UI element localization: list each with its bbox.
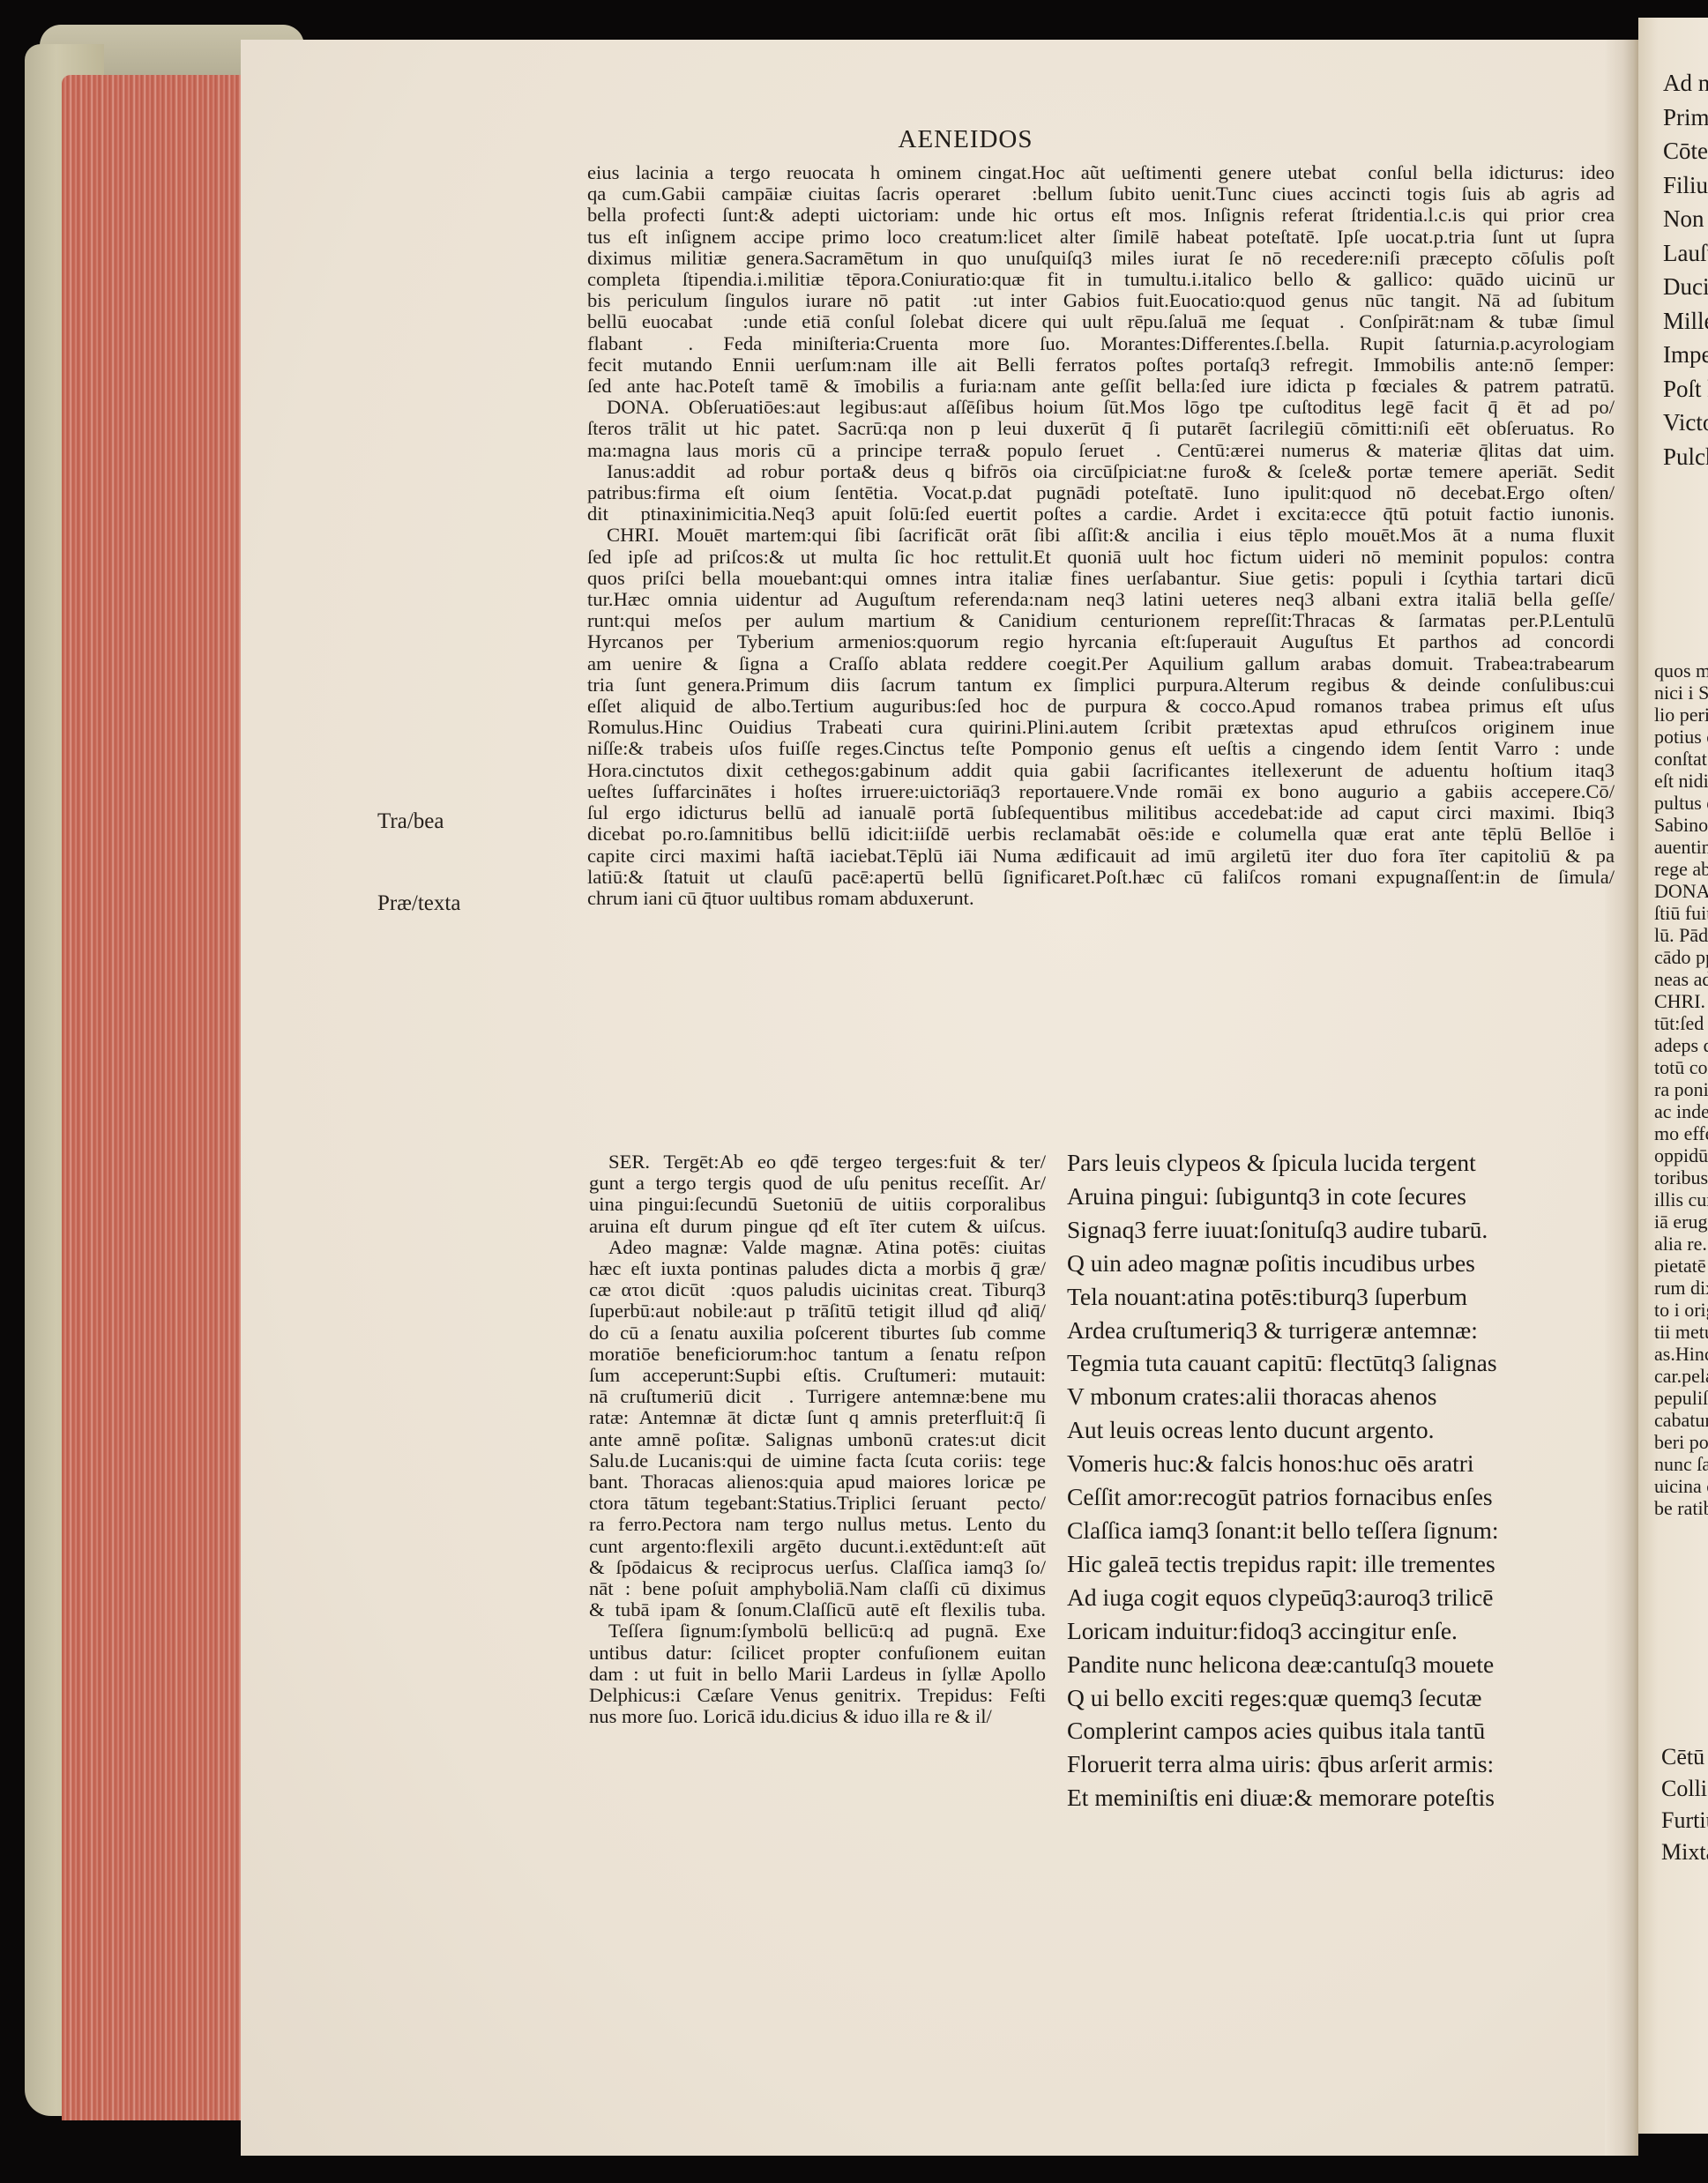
text-line: pultus eſ: [1654, 792, 1708, 814]
text-line: as.Hinc ſac: [1654, 1343, 1708, 1365]
text-line: Ad no: [1663, 66, 1708, 101]
text-line: iā erugine: [1654, 1211, 1708, 1233]
text-line: & tubā ipam & ſonum.Claſſicū autē eſt fl…: [589, 1599, 1046, 1620]
text-line: adeps dic: [1654, 1034, 1708, 1056]
text-line: cæ ατοι dicūt᷑ :quos paludis uicinitas c…: [589, 1279, 1046, 1300]
text-line: ſed ipſe ad priſcos:& ut multa ſic hoc r…: [587, 547, 1615, 568]
text-line: Poſt h: [1663, 372, 1708, 406]
text-line: Complerint campos acies quibus itala tan…: [1067, 1714, 1622, 1747]
text-line: Mixta de: [1661, 1837, 1708, 1868]
text-line: rege abo: [1654, 858, 1708, 880]
text-line: ſum acceperunt:Supbi eſtis. Cruſtumeri: …: [589, 1365, 1046, 1386]
running-head: AENEIDOS: [882, 125, 1049, 154]
text-line: potius q̄: [1654, 726, 1708, 748]
text-line: Ardea cruſtumeriq3 & turrigeræ antemnæ:: [1067, 1314, 1622, 1347]
text-line: nā cruſtumeriū dicit᷑ . Turrigere antemn…: [589, 1386, 1046, 1407]
text-line: tus eſt inſignem accipe primo loco creat…: [587, 227, 1615, 248]
text-line: eſt nidi d: [1654, 770, 1708, 792]
commentary-left-column: SER. Tergēt:Ab eo qđē tergeo terges:fuit…: [589, 1151, 1046, 1727]
text-line: ctora tātum tegebant:Statius.Triplici ſe…: [589, 1493, 1046, 1514]
text-line: car.pelaſgo: [1654, 1365, 1708, 1387]
text-line: am uenire & ſigna a Craſſo ablata redder…: [587, 653, 1615, 674]
text-line: quos mo: [1654, 659, 1708, 682]
text-line: Et meminiſtis eni diuæ:& memorare poteſt…: [1067, 1781, 1622, 1814]
text-line: lio periit: [1654, 704, 1708, 726]
text-line: flabant᷑ . Feda miniſteria:Cruenta more …: [587, 333, 1615, 354]
text-line: latiū:& ſtatuit ut clauſū pacē:apertū be…: [587, 867, 1615, 888]
text-line: nāt : bene poſuit amphyboliā.Nam claſſi …: [589, 1578, 1046, 1599]
text-line: Victor: [1663, 406, 1708, 440]
text-line: rum dixer: [1654, 1277, 1708, 1299]
text-line: Aruina pingui: ſubiguntq3 in cote ſecure…: [1067, 1180, 1622, 1213]
text-line: fecit mutando Ennii uerſum:nam ille ait …: [587, 354, 1615, 376]
text-line: tria ſunt genera.Primum diis ſacrum tant…: [587, 674, 1615, 696]
text-line: CHRI.: [1654, 990, 1708, 1012]
text-line: Imper: [1663, 338, 1708, 372]
text-line: niſſe:& trabeis uſos fuiſſe reges.Cinctu…: [587, 738, 1615, 759]
text-line: DONA. Obſeruatiōes:aut legibus:aut aſſēſ…: [587, 397, 1615, 418]
text-line: ratæ: Antemnæ āt dictæ ſunt q amnis pret…: [589, 1407, 1046, 1428]
text-line: CHRI. Mouēt martem:qui ſibi ſacrificāt o…: [587, 525, 1615, 546]
text-line: bea: [414, 809, 444, 833]
text-line: bellū euocabat᷑ :unde etiā conſul ſoleba…: [587, 311, 1615, 332]
facing-page-verse-top: Ad noPrimuCōtenFiliusNon fLauſuDucitMill…: [1663, 66, 1708, 473]
text-line: Tegmia tuta cauant capitū: flectūtq3 ſal…: [1067, 1346, 1622, 1380]
text-line: alia re. Pa: [1654, 1233, 1708, 1255]
text-line: Ducit: [1663, 270, 1708, 304]
text-line: Pandite nunc helicona deæ:cantuſq3 mouet…: [1067, 1648, 1622, 1681]
text-line: ra ferro.Pectora nam tergo nullus metus.…: [589, 1514, 1046, 1535]
text-line: Cētū ang: [1661, 1741, 1708, 1773]
text-line: Q ui bello exciti reges:quæ quemq3 ſecut…: [1067, 1681, 1622, 1715]
text-line: Hyrcanos per Tyberium armenios:quorum re…: [587, 631, 1615, 652]
text-line: moratiōe beneficiorum:hoc tantum a ſenat…: [589, 1344, 1046, 1365]
text-line: ſtiū fuit:: [1654, 902, 1708, 924]
text-line: Vomeris huc:& falcis honos:huc oēs aratr…: [1067, 1447, 1622, 1480]
text-line: toribus cō: [1654, 1166, 1708, 1188]
text-line: dit᷑ ptinaxinimicitia.Neq3 apuit ſolū:ſe…: [587, 503, 1615, 525]
text-line: tii metu ita: [1654, 1321, 1708, 1343]
text-line: auentinū: [1654, 836, 1708, 858]
text-line: gunt a tergo tergis quod de uſu penitus …: [589, 1173, 1046, 1194]
text-line: totū corp: [1654, 1056, 1708, 1078]
text-line: ra ponit.P: [1654, 1078, 1708, 1100]
text-line: ſul ergo idicturus bellū ad ianualē port…: [587, 802, 1615, 823]
text-line: diximus militiæ genera.Sacramētum in quo…: [587, 248, 1615, 269]
text-line: Claſſica iamq3 ſonant:it bello teſſera ſ…: [1067, 1514, 1622, 1547]
text-line: Ceſſit amor:recogūt patrios fornacibus e…: [1067, 1480, 1622, 1514]
text-line: do cū a ſenatu auxilia poſcerent tiburte…: [589, 1322, 1046, 1344]
text-line: eſſet aliquid de albo.Tertium auguribus:…: [587, 696, 1615, 717]
text-line: untibus datur: ſcilicet propter confuſio…: [589, 1643, 1046, 1664]
text-line: & ſpōdaicus & reciprocus uerſus. Claſſic…: [589, 1557, 1046, 1578]
text-line: Adeo magnæ: Valde magnæ. Atina potēs: ci…: [589, 1237, 1046, 1258]
text-line: Collis auc: [1661, 1773, 1708, 1805]
text-line: completa ſtipendia.i.militiæ tēpora.Coni…: [587, 269, 1615, 290]
text-line: Sabinos: [1654, 814, 1708, 836]
text-line: Præ/: [377, 891, 418, 915]
text-line: Loricam induitur:fidoq3 accingitur enſe.: [1067, 1614, 1622, 1648]
text-line: Aut leuis ocreas lento ducunt argento.: [1067, 1413, 1622, 1447]
text-line: Signaq3 ferre iuuat:ſonituſq3 audire tub…: [1067, 1213, 1622, 1247]
facing-page-fragment: Ad noPrimuCōtenFiliusNon fLauſuDucitMill…: [1638, 18, 1708, 2134]
text-line: aruina eſt durum pingue qđ eſt īter cute…: [589, 1216, 1046, 1237]
text-line: Delphicus:i Cæſare Venus genitrix. Trepi…: [589, 1685, 1046, 1706]
facing-page-verse-bottom: Cētū angCollis aucFurtiuunMixta de: [1661, 1741, 1708, 1868]
text-line: cunt argento:flexili argēto ducunt.i.ext…: [589, 1536, 1046, 1557]
text-line: pepuliſſent: [1654, 1387, 1708, 1409]
text-line: Salu.de Lucanis:qui de uimine facta ſcut…: [589, 1450, 1046, 1471]
text-line: Hora.cinctutos dixit cethegos:gabinum ad…: [587, 760, 1615, 781]
text-line: cabatur. A: [1654, 1409, 1708, 1431]
text-line: conſtat a: [1654, 748, 1708, 770]
text-line: Q uin adeo magnæ poſitis incudibus urbes: [1067, 1247, 1622, 1280]
red-stained-page-edges: [62, 75, 242, 2120]
text-line: Ad iuga cogit equos clypeūq3:auroq3 tril…: [1067, 1581, 1622, 1614]
text-line: to i origin: [1654, 1299, 1708, 1321]
text-line: Pars leuis clypeos & ſpicula lucida terg…: [1067, 1146, 1622, 1180]
text-line: V mbonum crates:alii thoracas ahenos: [1067, 1380, 1622, 1413]
text-line: beri potaſſ: [1654, 1431, 1708, 1453]
text-line: ſuperbū:aut nobile:aut p trāſitū tetigit…: [589, 1300, 1046, 1322]
margin-note-praetexta: Præ/texta: [377, 890, 460, 917]
text-line: Lauſu: [1663, 236, 1708, 271]
margin-note-trabea: Tra/bea: [377, 808, 444, 835]
facing-page-commentary: quos monici i Stalio periitpotius q̄conſ…: [1654, 659, 1708, 1519]
text-line: neas ad i: [1654, 968, 1708, 990]
verse-text-column: Pars leuis clypeos & ſpicula lucida terg…: [1067, 1146, 1622, 1814]
text-line: nunc ſabin: [1654, 1453, 1708, 1475]
text-line: ac inde ar: [1654, 1100, 1708, 1122]
text-line: uicina dian: [1654, 1475, 1708, 1497]
text-line: Primu: [1663, 101, 1708, 135]
text-line: pietatē po: [1654, 1255, 1708, 1277]
text-line: texta: [418, 891, 461, 915]
text-line: oppidū eſ: [1654, 1144, 1708, 1166]
text-line: SER. Tergēt:Ab eo qđē tergeo terges:fuit…: [589, 1151, 1046, 1173]
text-line: Non f: [1663, 202, 1708, 236]
text-line: Teſſera ſignum:ſymbolū bellicū:q ad pugn…: [589, 1620, 1046, 1642]
text-line: bis periculum ſingulos iurare nō patit᷑ …: [587, 290, 1615, 311]
text-line: runt:qui meſos per aulum martium & Canid…: [587, 610, 1615, 631]
text-line: qa cum.Gabii campāiæ ciuitas ſacris oper…: [587, 183, 1615, 205]
text-line: patribus:firma eſt oium ſentētia. Vocat.…: [587, 482, 1615, 503]
text-line: illis curran: [1654, 1188, 1708, 1211]
text-line: ueſtes ſuffarcinātes i hoſtes irruere:ui…: [587, 781, 1615, 802]
text-line: Floruerit terra alma uiris: q̄bus arſeri…: [1067, 1747, 1622, 1781]
text-line: Ianus:addit᷑ ad robur porta& deus q bifr…: [587, 461, 1615, 482]
text-line: bant. Thoracas alienos:quia apud maiores…: [589, 1471, 1046, 1493]
text-line: ſed ante hac.Poteſt tamē & īmobilis a fu…: [587, 376, 1615, 397]
text-line: be ratibus: [1654, 1497, 1708, 1519]
text-line: Hic galeā tectis trepidus rapit: ille tr…: [1067, 1547, 1622, 1581]
text-line: bella profecti ſunt:& adepti uictoriam: …: [587, 205, 1615, 226]
commentary-full-width: eius lacinia a tergo reuocata h ominem c…: [587, 162, 1615, 909]
text-line: Mille u: [1663, 304, 1708, 339]
text-line: dicebat po.ro.ſamnitibus bellū idicit:ii…: [587, 823, 1615, 845]
text-line: capite circi maximi haſtā iaciebat.Tēplū…: [587, 846, 1615, 867]
text-line: tur.Hæc omnia uidentur ad Auguſtum refer…: [587, 589, 1615, 610]
text-line: mo effectu: [1654, 1122, 1708, 1144]
text-line: chrum iani cū q̄tuor uultibus romam abdu…: [587, 888, 1615, 909]
text-line: nici i Sta: [1654, 682, 1708, 704]
text-line: nus more ſuo. Loricā idu.dicius & iduo i…: [589, 1706, 1046, 1727]
text-line: Tela nouant:atina potēs:tiburq3 ſuperbum: [1067, 1280, 1622, 1314]
text-line: DONA: [1654, 880, 1708, 902]
text-line: Pulche: [1663, 440, 1708, 474]
text-line: lū. Pādi: [1654, 924, 1708, 946]
text-line: hæc eſt iuxta pontinas paludes dicta a m…: [589, 1258, 1046, 1279]
text-line: Romulus.Hinc Ouidius Trabeati cura quiri…: [587, 717, 1615, 738]
text-line: ſteros trālit ut hic patet. Sacrū:qa non…: [587, 418, 1615, 439]
text-line: eius lacinia a tergo reuocata h ominem c…: [587, 162, 1615, 183]
text-line: cādo ppe: [1654, 946, 1708, 968]
text-line: ante amnē poſitæ. Salignas umbonū crates…: [589, 1429, 1046, 1450]
text-line: dam : ut fuit in bello Marii Lardeus in …: [589, 1664, 1046, 1685]
text-line: Furtiuun: [1661, 1805, 1708, 1837]
text-line: tūt:ſed la: [1654, 1012, 1708, 1034]
text-line: Tra/: [377, 809, 414, 833]
text-line: Cōten: [1663, 134, 1708, 168]
text-line: uina pingui:ſecundū Suetoniū de uitiis c…: [589, 1194, 1046, 1215]
text-line: ma:magna laus moris cū a principe terra&…: [587, 440, 1615, 461]
text-line: quos priſci bella mouebant:qui omnes int…: [587, 568, 1615, 589]
text-line: Filius: [1663, 168, 1708, 203]
